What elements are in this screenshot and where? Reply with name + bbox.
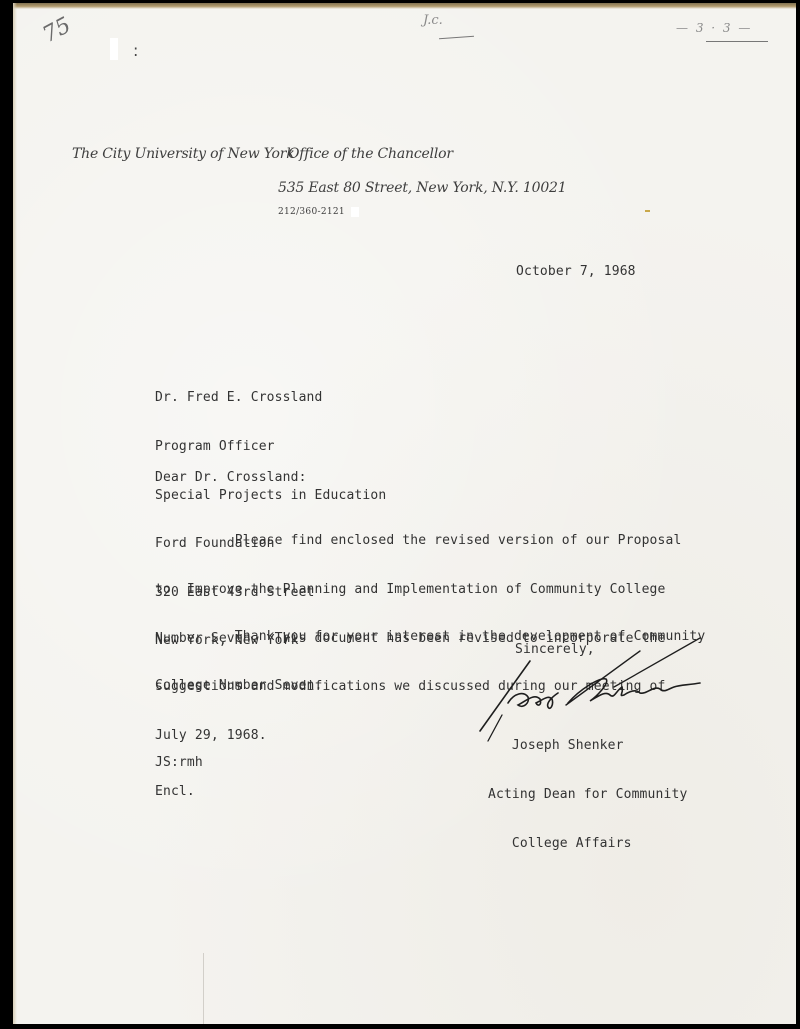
letter-page: 75 : J.c. — 3 · 3 — The City University … [13,3,796,1024]
letterhead-phone: 212/360-2121 [278,207,345,217]
recipient-line: Program Officer [155,439,386,455]
salutation: Dear Dr. Crossland: [155,470,307,486]
marginalia-top-center: J.c. [423,13,443,28]
body-line: to Improve the Planning and Implementati… [155,582,681,598]
paper-fold-line [203,953,204,1024]
marginalia-underline [706,41,768,42]
marginalia-page-number: — 3 · 3 — [676,21,752,35]
reference-initials: JS:rmh [155,755,203,771]
letterhead-office: Office of the Chancellor [288,146,453,162]
paper-edge-strip [13,3,796,9]
letterhead-address: 535 East 80 Street, New York, N.Y. 10021 [278,180,566,196]
marginalia-colon: : [133,41,138,60]
signer-name: Joseph Shenker [488,738,687,754]
stray-mark [645,210,650,212]
letter-date: October 7, 1968 [516,264,636,280]
enclosure-notation: Encl. [155,784,195,800]
marginalia-top-left: 75 [39,13,75,48]
body-line: Please find enclosed the revised version… [155,533,681,549]
signer-title: Acting Dean for Community [488,787,687,803]
signer-title: College Affairs [488,836,687,852]
redaction-patch [110,38,118,60]
signer-block: Joseph Shenker Acting Dean for Community… [488,706,687,884]
marginalia-underline [439,36,474,39]
recipient-line: Dr. Fred E. Crossland [155,390,386,406]
letterhead-institution: The City University of New York [72,146,295,162]
paper-left-edge [13,3,17,1024]
redaction-patch [351,207,359,217]
